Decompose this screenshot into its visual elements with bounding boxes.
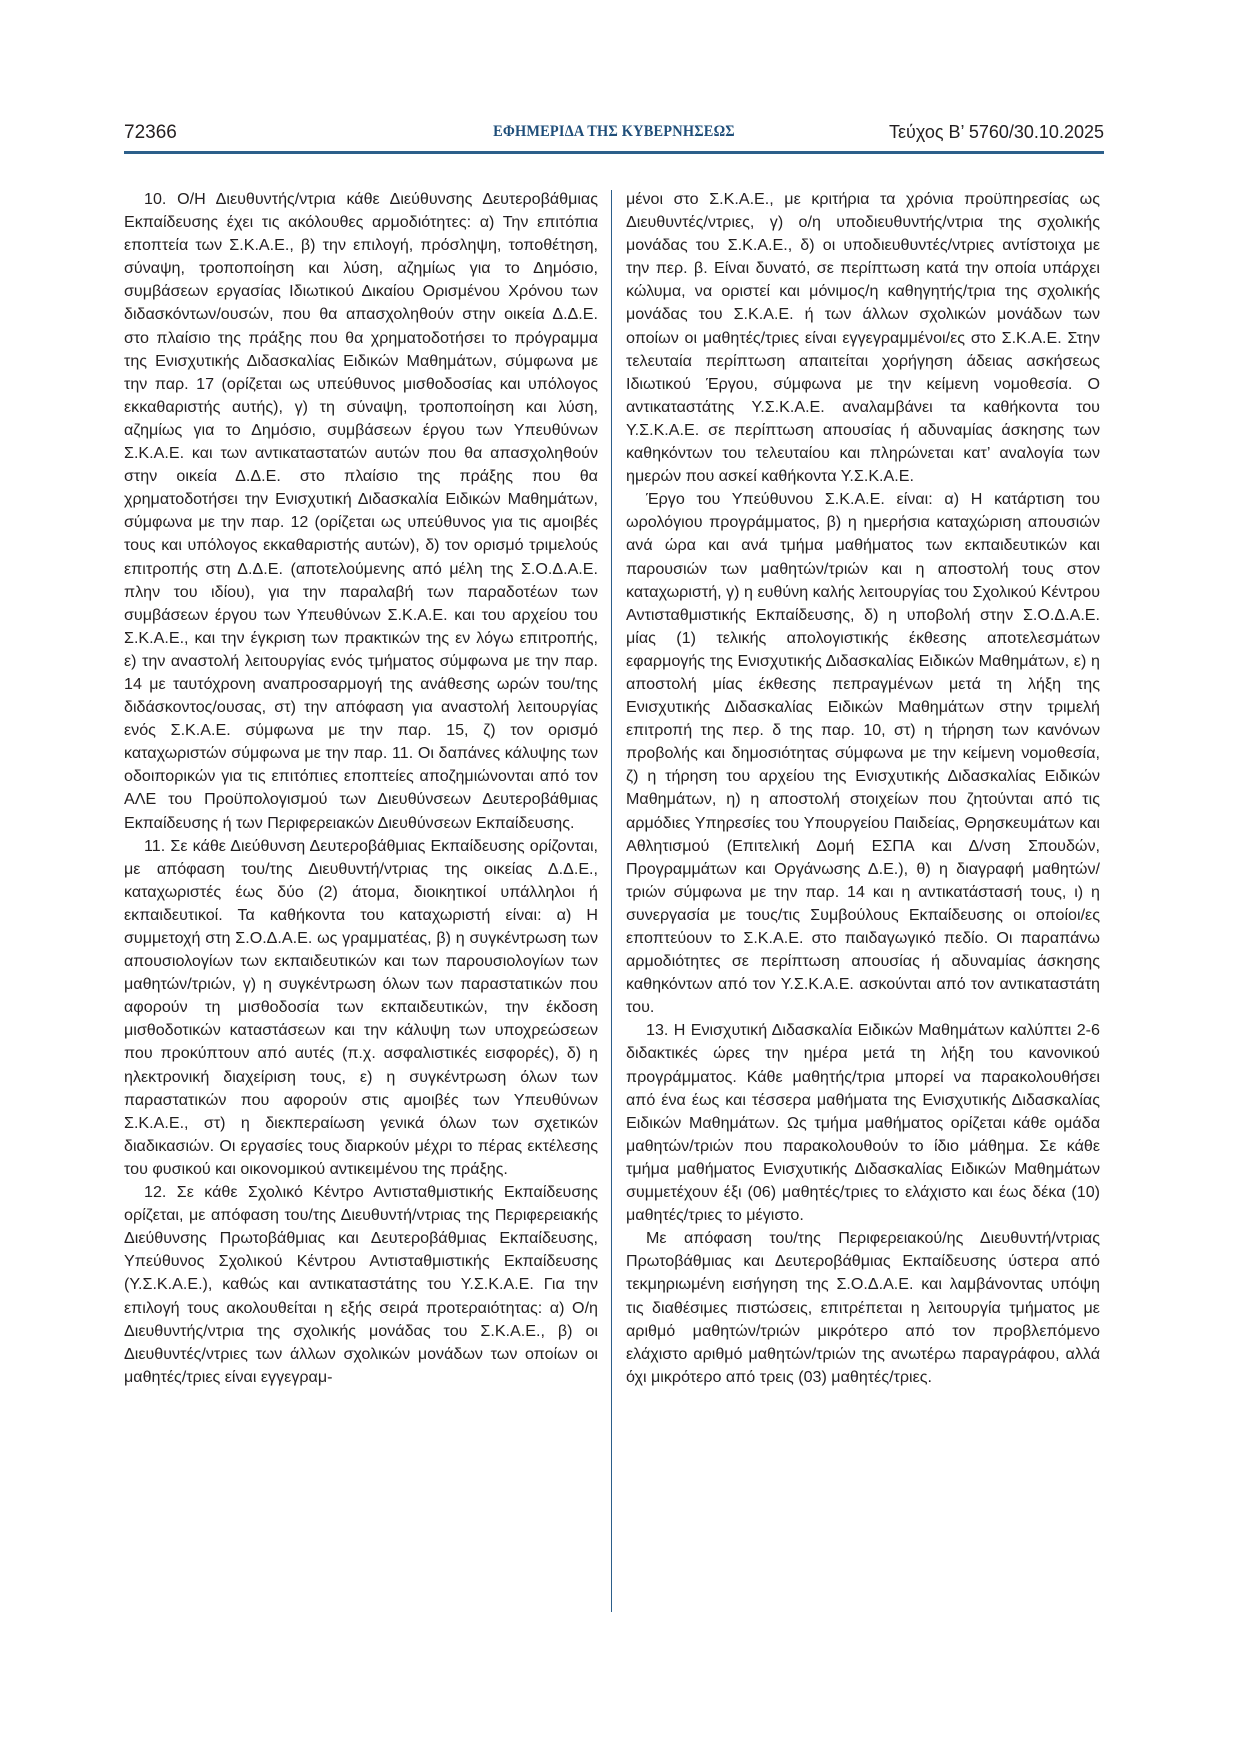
paragraph-13-exception: Με απόφαση του/της Περιφερειακού/ης Διευ… xyxy=(626,1227,1100,1389)
page-number: 72366 xyxy=(124,122,177,144)
header-rule xyxy=(124,151,1104,154)
column-divider xyxy=(611,190,612,1612)
paragraph-13: 13. Η Ενισχυτική Διδασκαλία Ειδικών Μαθη… xyxy=(626,1019,1100,1227)
paragraph-12: 12. Σε κάθε Σχολικό Κέντρο Αντισταθμιστι… xyxy=(124,1181,598,1389)
paragraph-10: 10. Ο/Η Διευθυντής/ντρια κάθε Διεύθυνσης… xyxy=(124,188,598,835)
left-column: 10. Ο/Η Διευθυντής/ντρια κάθε Διεύθυνσης… xyxy=(124,188,598,1389)
paragraph-12-continuation: μένοι στο Σ.Κ.Α.Ε., με κριτήρια τα χρόνι… xyxy=(626,188,1100,488)
paragraph-ypeuthynos-duties: Έργο του Υπεύθυνου Σ.Κ.Α.Ε. είναι: α) Η … xyxy=(626,488,1100,1019)
issue-info: Τεύχος Β’ 5760/30.10.2025 xyxy=(889,122,1104,143)
paragraph-11: 11. Σε κάθε Διεύθυνση Δευτεροβάθμιας Εκπ… xyxy=(124,835,598,1181)
right-column: μένοι στο Σ.Κ.Α.Ε., με κριτήρια τα χρόνι… xyxy=(626,188,1100,1389)
page-header: 72366 ΕΦΗΜΕΡΙΔΑ ΤΗΣ ΚΥΒΕΡΝΗΣΕΩΣ Τεύχος Β… xyxy=(124,120,1104,150)
